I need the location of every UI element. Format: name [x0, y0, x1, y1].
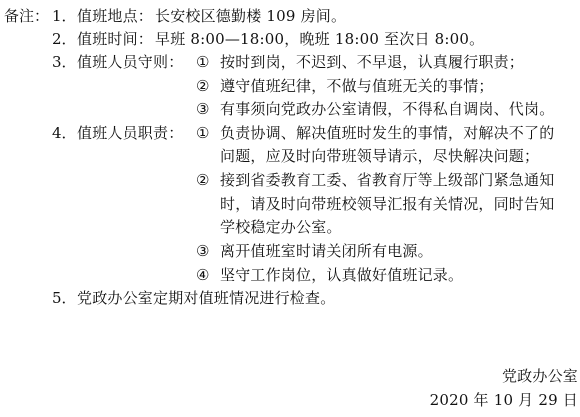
item-3-sub-2-mark: ②	[196, 76, 209, 96]
item-4-sub-1-mark: ①	[196, 123, 209, 143]
item-1-number: 1．	[52, 6, 77, 26]
item-3-sub-2-text: 遵守值班纪律，不做与值班无关的事情；	[220, 76, 494, 96]
item-4-sub-3-mark: ③	[196, 241, 209, 261]
signature-office: 党政办公室	[502, 366, 578, 386]
item-1-title: 值班地点：	[77, 6, 153, 26]
item-4-sub-2-line-2: 时，请及时向带班校领导汇报有关情况，同时告知	[220, 194, 554, 214]
item-4-title: 值班人员职责：	[77, 123, 183, 143]
item-4-sub-2-mark: ②	[196, 170, 209, 190]
item-5-text: 党政办公室定期对值班情况进行检查。	[77, 288, 335, 308]
item-4-sub-1-line-2: 问题，应及时向带班领导请示，尽快解决问题；	[220, 146, 539, 166]
item-4-sub-2-line-3: 学校稳定办公室。	[220, 217, 342, 237]
item-4-sub-3-text: 离开值班室时请关闭所有电源。	[220, 241, 433, 261]
item-2-number: 2．	[52, 29, 77, 49]
notes-label: 备注：	[4, 6, 49, 26]
item-3-sub-3-mark: ③	[196, 99, 209, 119]
item-4-number: 4．	[52, 123, 77, 143]
item-3-number: 3．	[52, 52, 77, 72]
item-3-sub-3-text: 有事须向党政办公室请假，不得私自调岗、代岗。	[220, 99, 554, 119]
signature-date: 2020 年 10 月 29 日	[430, 390, 578, 410]
item-3-title: 值班人员守则：	[77, 52, 183, 72]
item-1-text: 长安校区德勤楼 109 房间。	[155, 6, 346, 26]
item-4-sub-4-mark: ④	[196, 265, 209, 285]
item-4-sub-1-line-1: 负责协调、解决值班时发生的事情，对解决不了的	[220, 123, 554, 143]
item-4-sub-2-line-1: 接到省委教育工委、省教育厅等上级部门紧急通知	[220, 170, 554, 190]
item-4-sub-4-text: 坚守工作岗位，认真做好值班记录。	[220, 265, 463, 285]
item-3-sub-1-mark: ①	[196, 52, 209, 72]
item-3-sub-1-text: 按时到岗，不迟到、不早退，认真履行职责；	[220, 52, 524, 72]
item-2-text: 早班 8:00—18:00，晚班 18:00 至次日 8:00。	[155, 29, 484, 49]
item-5-number: 5．	[52, 288, 77, 308]
item-2-title: 值班时间：	[77, 29, 153, 49]
